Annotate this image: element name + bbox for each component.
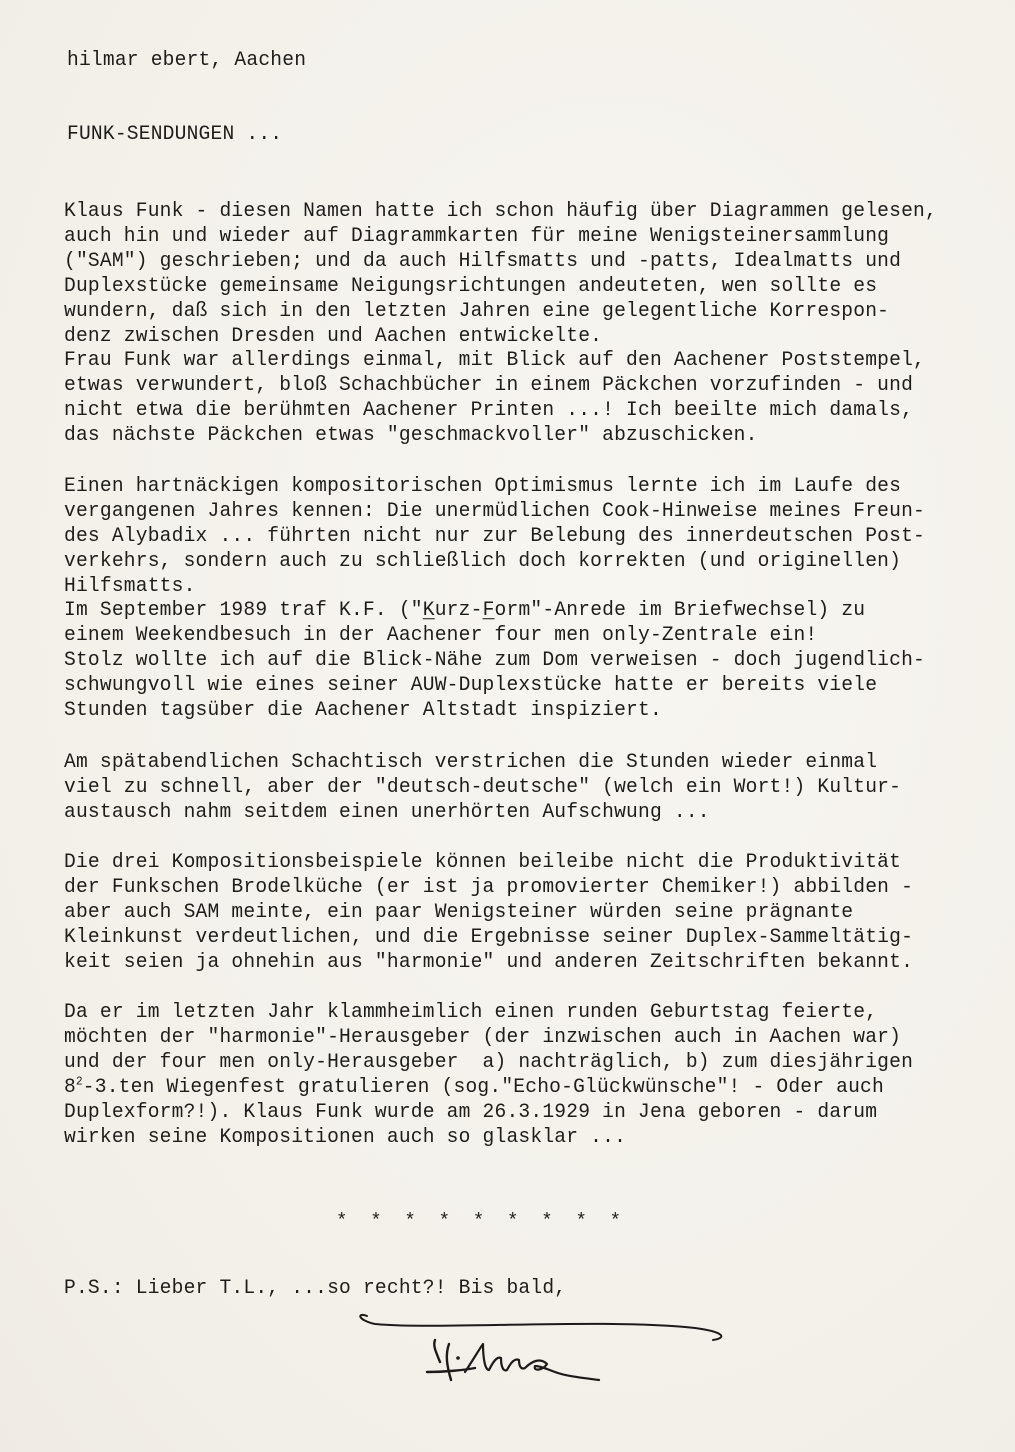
- text-line: möchten der "harmonie"-Herausgeber (der …: [64, 1024, 901, 1051]
- text-segment: 8: [64, 1075, 76, 1098]
- text-line: etwas verwundert, bloß Schachbücher in e…: [64, 372, 913, 399]
- text-line: Stolz wollte ich auf die Blick-Nähe zum …: [64, 647, 925, 674]
- text-line: Duplexform?!). Klaus Funk wurde am 26.3.…: [64, 1099, 877, 1126]
- text-segment: Im September 1989 traf K.F. (": [64, 598, 423, 621]
- text-line: des Alybadix ... führten nicht nur zur B…: [64, 523, 925, 550]
- text-line-kurz-form: Im September 1989 traf K.F. ("Kurz-Form"…: [64, 597, 865, 624]
- text-line: vergangenen Jahres kennen: Die unermüdli…: [64, 498, 925, 525]
- text-line: und der four men only-Herausgeber a) nac…: [64, 1049, 913, 1076]
- document-title: FUNK-SENDUNGEN ...: [67, 121, 282, 148]
- text-line: der Funkschen Brodelküche (er ist ja pro…: [64, 874, 913, 901]
- text-line: ("SAM") geschrieben; und da auch Hilfsma…: [64, 248, 901, 275]
- text-line: keit seien ja ohnehin aus "harmonie" und…: [64, 949, 913, 976]
- text-segment: -3.ten Wiegenfest gratulieren (sog."Echo…: [83, 1075, 884, 1098]
- signature-icon: [355, 1300, 735, 1400]
- text-line: Hilfsmatts.: [64, 573, 196, 600]
- text-line: viel zu schnell, aber der "deutsch-deuts…: [64, 774, 901, 801]
- separator-stars: * * * * * * * * *: [336, 1210, 621, 1232]
- text-line: aber auch SAM meinte, ein paar Wenigstei…: [64, 899, 853, 926]
- text-line: auch hin und wieder auf Diagrammkarten f…: [64, 223, 889, 250]
- text-segment: urz-: [435, 598, 483, 621]
- text-line: das nächste Päckchen etwas "geschmackvol…: [64, 422, 758, 449]
- text-line: schwungvoll wie eines seiner AUW-Duplexs…: [64, 672, 877, 699]
- text-line: Die drei Kompositionsbeispiele können be…: [64, 849, 901, 876]
- superscript: 2: [76, 1076, 83, 1089]
- text-line: Kleinkunst verdeutlichen, und die Ergebn…: [64, 924, 913, 951]
- letter-page: hilmar ebert, Aachen FUNK-SENDUNGEN ... …: [0, 0, 1015, 1452]
- text-line: Klaus Funk - diesen Namen hatte ich scho…: [64, 198, 937, 225]
- postscript: P.S.: Lieber T.L., ...so recht?! Bis bal…: [64, 1275, 566, 1302]
- text-line-power: 82-3.ten Wiegenfest gratulieren (sog."Ec…: [64, 1074, 884, 1101]
- text-segment: orm"-Anrede im Briefwechsel) zu: [495, 598, 866, 621]
- text-line: verkehrs, sondern auch zu schließlich do…: [64, 548, 901, 575]
- underlined-letter: K: [423, 598, 435, 621]
- text-line: nicht etwa die berühmten Aachener Printe…: [64, 397, 913, 424]
- text-line: austausch nahm seitdem einen unerhörten …: [64, 799, 710, 826]
- text-line: Frau Funk war allerdings einmal, mit Bli…: [64, 347, 925, 374]
- text-line: Duplexstücke gemeinsame Neigungsrichtung…: [64, 273, 877, 300]
- underlined-letter: F: [483, 598, 495, 621]
- text-line: wirken seine Kompositionen auch so glask…: [64, 1124, 626, 1151]
- text-line: denz zwischen Dresden und Aachen entwick…: [64, 323, 602, 350]
- text-line: Stunden tagsüber die Aachener Altstadt i…: [64, 697, 662, 724]
- author-line: hilmar ebert, Aachen: [67, 47, 306, 74]
- text-line: Einen hartnäckigen kompositorischen Opti…: [64, 473, 901, 500]
- text-line: Da er im letzten Jahr klammheimlich eine…: [64, 999, 877, 1026]
- text-line: einem Weekendbesuch in der Aachener four…: [64, 622, 817, 649]
- text-line: Am spätabendlichen Schachtisch verstrich…: [64, 749, 877, 776]
- text-line: wundern, daß sich in den letzten Jahren …: [64, 298, 889, 325]
